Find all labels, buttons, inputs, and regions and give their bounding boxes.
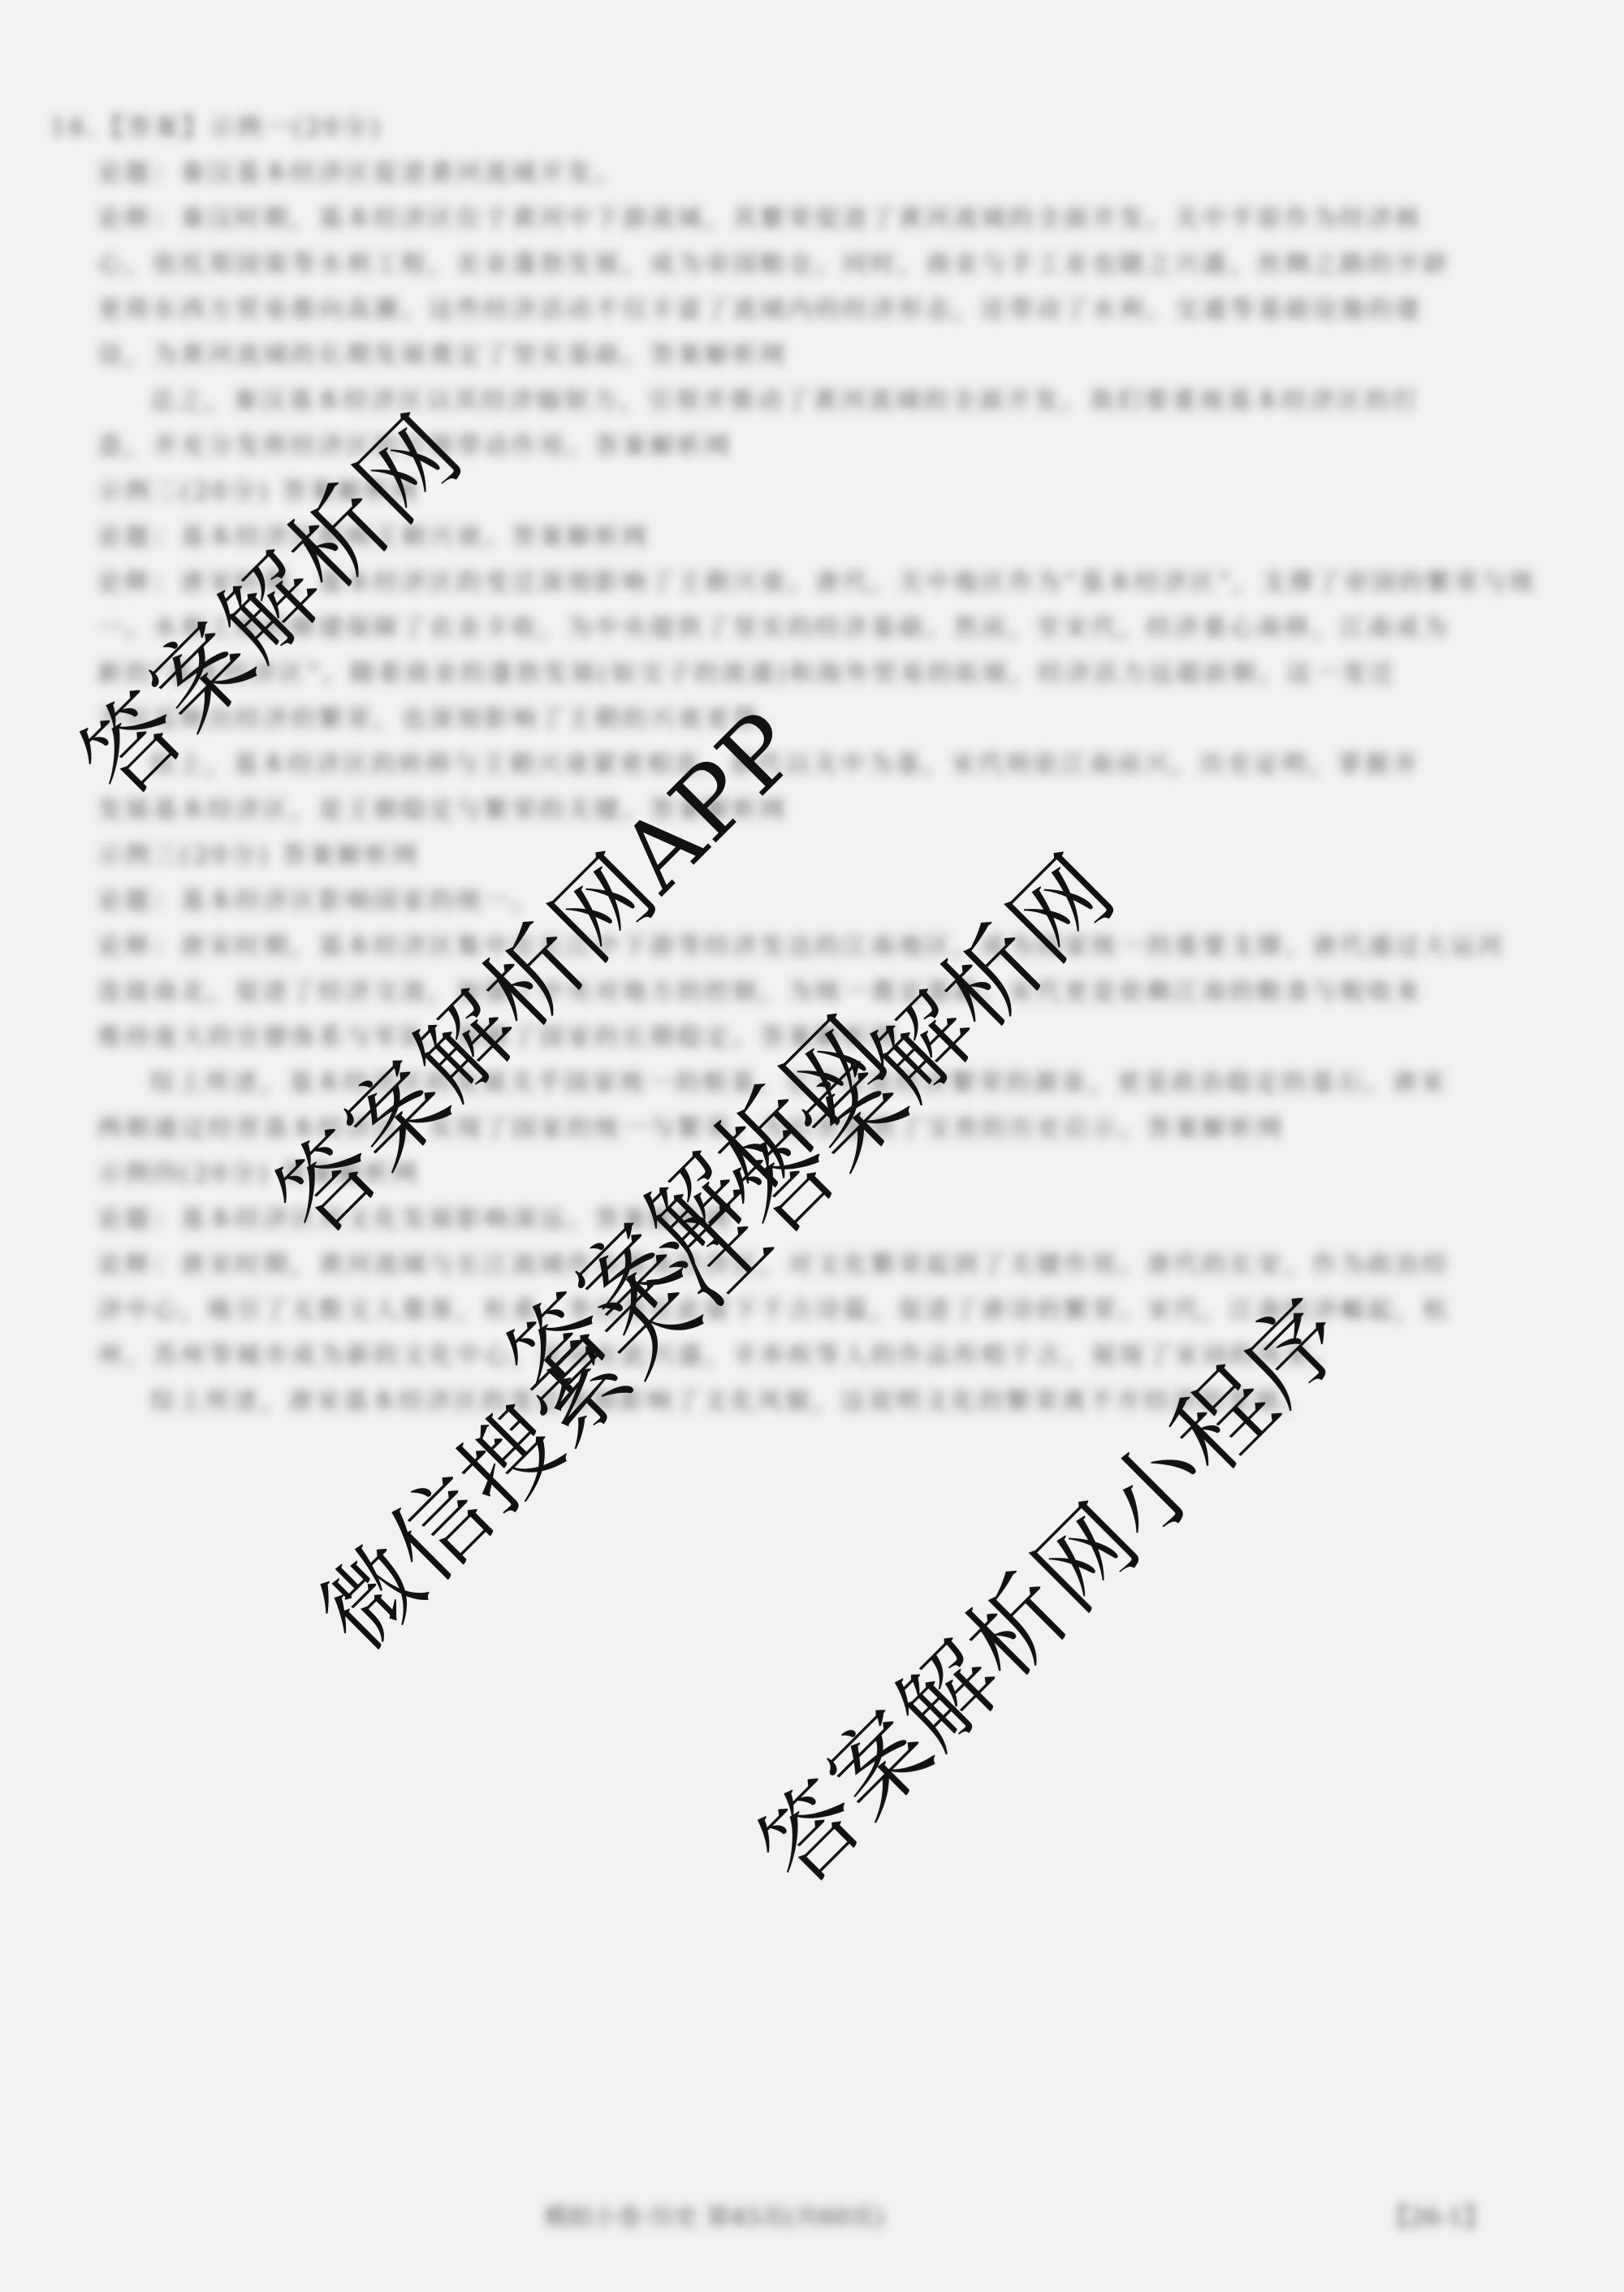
paragraph-line: 设，为黄河流域的长期发展奠定了坚实基础。答案解析网 [97, 333, 788, 378]
paragraph-line: 16.【答案】示例一(20分) [50, 106, 382, 151]
footer-page-info: 模拟小卷·历史 第45页(共60页) [544, 2197, 884, 2233]
paragraph-line: 连接南北，促进了经济交流，加强了中央对地方的控制，为统一奠定基础。宋代更是依赖江… [97, 970, 1423, 1015]
paragraph-line: 论释：秦汉时期，基本经济区位于黄河中下游流域，其繁荣促进了黄河流域的全面开发。关… [97, 197, 1423, 242]
paragraph-line: 总之，秦汉基本经济区以其经济辐射力，引领并推动了黄河流域的全面开发。我们要重视基… [150, 378, 1420, 424]
paragraph-line: 心，依托郑国渠等水利工程，农业蓬勃发展，成为帝国粮仓。同时，商业与手工业也随之兴… [97, 242, 1450, 288]
document-page: 16.【答案】示例一(20分)论题：秦汉基本经济区促进黄河流域开发。论释：秦汉时… [0, 0, 1624, 2292]
paragraph-line: 论题：基本经济区影响国家的统一。 [97, 879, 539, 924]
paragraph-line: 论题：秦汉基本经济区促进黄河流域开发。 [97, 151, 622, 197]
paragraph-line: 示例三(20分) 答案解析网 [97, 833, 420, 879]
footer-code: 【26-1】 [1384, 2197, 1488, 2233]
paragraph-line: 州、苏州等城市成为新的文化中心，宋词在此兴盛，辛弃疾等人的作品传唱千古，展现了宋… [97, 1334, 1340, 1379]
paragraph-line: 论释：唐宋时期，基本经济区集中在长江中下游等经济发达的江南地区，成为国家统一的重… [97, 924, 1505, 970]
paragraph-line: 更将东西方贸易推向高潮。这些经济活动不仅丰富了流域内的经济形态，还带动了水利、交… [97, 288, 1423, 333]
